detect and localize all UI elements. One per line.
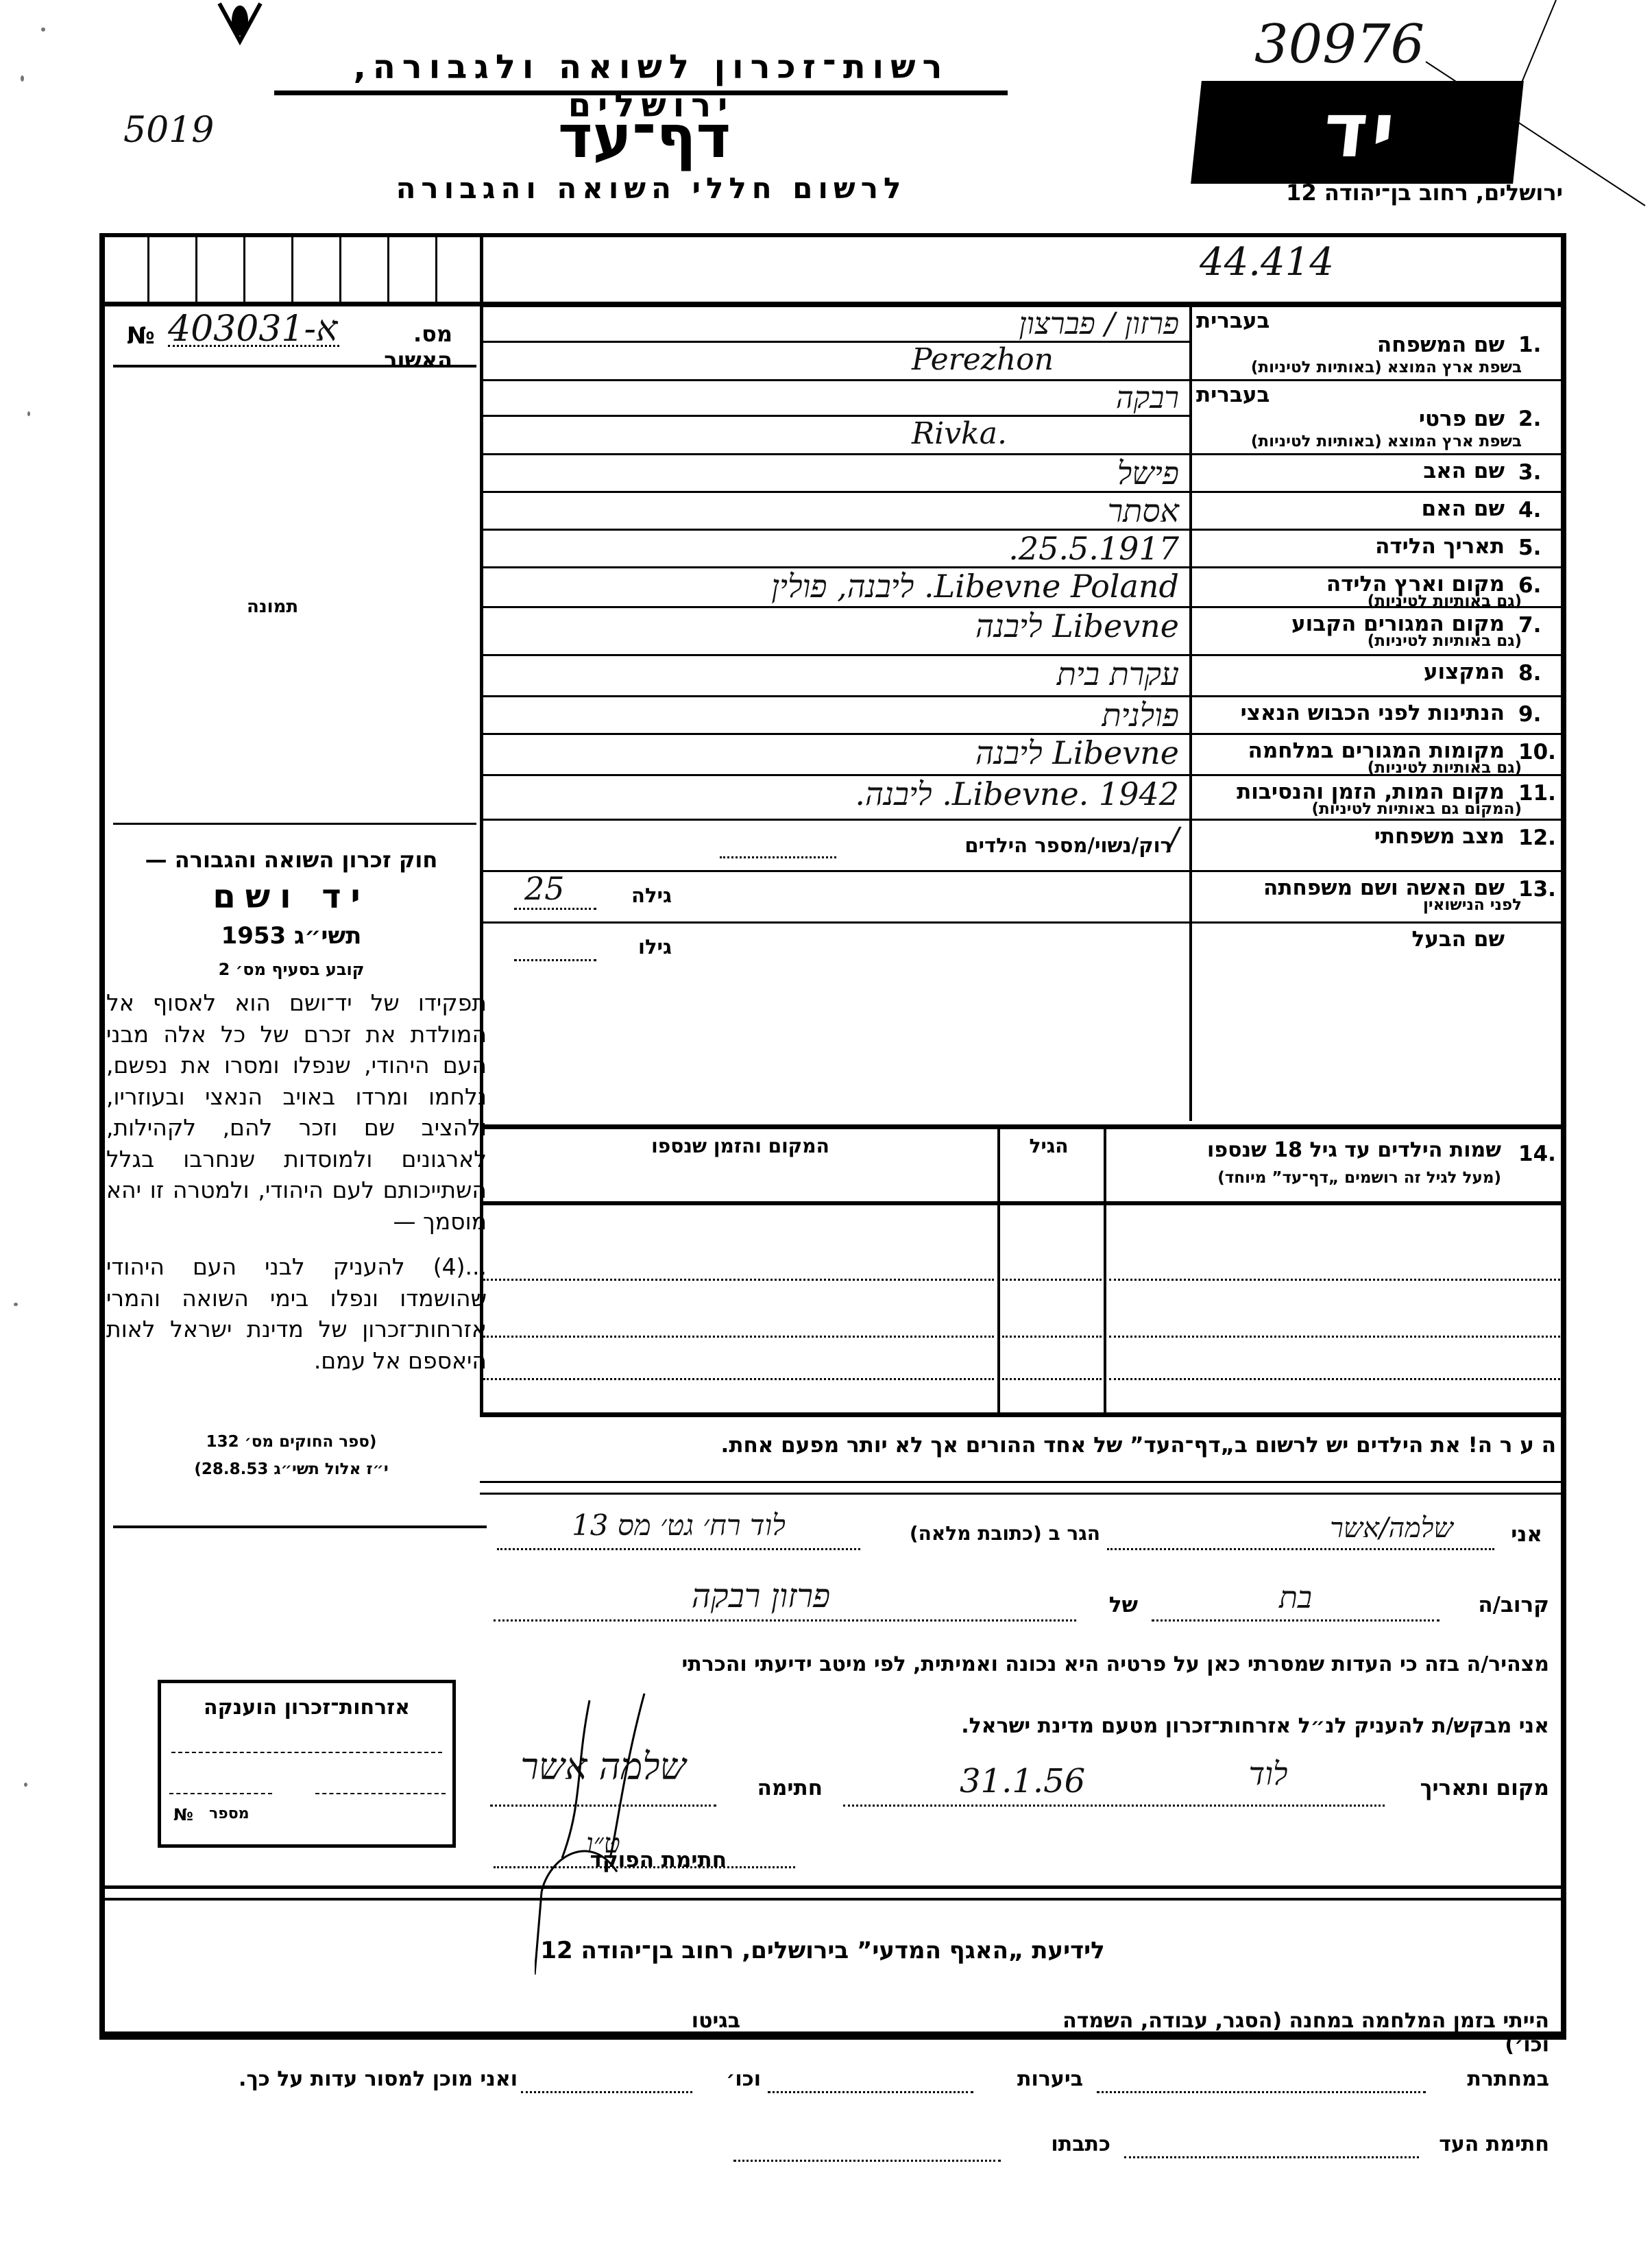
scan-speck — [27, 411, 30, 416]
citizenship-number-line-right — [315, 1793, 446, 1794]
resides-label: הגר ב (כתובת מלאה) — [864, 1522, 1100, 1545]
marital-status-options: רוק/נשוי/מספר הילדים — [850, 834, 1172, 857]
field-value-hebrew[interactable]: פרזון / פברצון — [685, 306, 1179, 341]
field-value[interactable]: אסתר — [494, 492, 1179, 529]
handwritten-reference-number: 30976 — [1254, 14, 1424, 75]
field-value[interactable]: Libevne ליבנה — [494, 734, 1179, 771]
number-sign: № — [127, 322, 155, 350]
field-number: 3. — [1518, 460, 1541, 485]
scan-speck — [41, 27, 45, 32]
children-top-rule — [480, 1124, 1566, 1129]
field-label: מצב משפחתי — [1196, 824, 1505, 849]
scan-speck — [24, 1783, 27, 1787]
footer-camp-line — [754, 2033, 1008, 2035]
header-address: ירושלים, רחוב בן־יהודה 12 — [1179, 180, 1563, 206]
note-rule-2 — [480, 1493, 1566, 1495]
age-line — [514, 959, 596, 961]
field-sublabel: בשפת ארץ המוצא (באותיות לטיניות) — [1193, 433, 1522, 450]
law-name: יד ושם — [110, 878, 473, 916]
relative-label: קרוב/ה — [1453, 1593, 1549, 1617]
photo-label: תמונה — [247, 596, 298, 617]
top-strip-box-divider — [243, 237, 245, 303]
top-strip-box-divider — [147, 237, 149, 303]
declarant-address-line — [497, 1548, 860, 1550]
field-value[interactable]: 25.5.1917. — [494, 530, 1179, 567]
child-place-time-field[interactable] — [483, 1378, 994, 1380]
approval-number-value[interactable]: 403031-א — [168, 309, 337, 350]
relation-line — [1152, 1619, 1440, 1621]
child-age-field[interactable] — [1002, 1378, 1102, 1380]
children-place-header: המקום והזמן שנספו — [494, 1135, 987, 1157]
footer-etc-label: וכו׳ — [699, 2067, 761, 2091]
field-label: שם המשפחה — [1196, 333, 1505, 357]
note-rule-1 — [480, 1481, 1566, 1483]
children-col-divider-2 — [1104, 1124, 1106, 1412]
field-value-latin[interactable]: Perezhon — [912, 342, 1054, 377]
child-place-time-field[interactable] — [483, 1279, 994, 1281]
left-column-divider — [480, 305, 483, 1412]
signature-label: חתימה — [727, 1776, 823, 1800]
field-sublabel: לפני הנישואין — [1193, 896, 1522, 914]
law-paragraph-1: תפקידו של יד־ושם הוא לאסוף אל המולדת את … — [106, 987, 487, 1237]
citizenship-request: אני מבקש/ת להעניק לנ״ל אזרחות־זכרון מטעם… — [795, 1714, 1549, 1738]
footer-address-line — [733, 2160, 1001, 2162]
top-strip-divider — [480, 237, 483, 303]
field-inner-rule — [483, 415, 1189, 417]
law-year: תשי״ג 1953 — [110, 922, 473, 950]
place-value[interactable]: לוד — [1220, 1755, 1316, 1792]
top-strip-box-divider — [435, 237, 437, 303]
footer-ghetto-label: בגיטו — [651, 2009, 740, 2033]
field-sublabel: (גם באותיות לטיניות) — [1193, 632, 1522, 650]
header-rule — [274, 91, 1008, 95]
form-title: דף־עד — [507, 103, 781, 171]
field-label: הנתינות לפני הכבוש הנאצי — [1196, 701, 1505, 725]
field-number: 11. — [1518, 781, 1556, 806]
field-value[interactable]: עקרת בית — [494, 655, 1179, 692]
child-age-field[interactable] — [1002, 1336, 1102, 1338]
photo-area[interactable] — [110, 370, 476, 809]
child-age-field[interactable] — [1002, 1279, 1102, 1281]
law-heading: חוק זכרון השואה והגבורה — — [110, 847, 473, 873]
footer-underground-label: במחתרת — [1433, 2067, 1549, 2091]
handwritten-corner-number: 5019 — [123, 110, 214, 151]
field-number: 12. — [1518, 825, 1556, 850]
citizenship-box-line — [171, 1752, 442, 1753]
field-label: שם האב — [1196, 459, 1505, 483]
field-number: 13. — [1518, 877, 1556, 902]
footer-rule-2 — [103, 1898, 1566, 1901]
citizenship-number-sign: № — [173, 1805, 193, 1824]
field-row-rule — [483, 870, 1566, 872]
child-place-time-field[interactable] — [483, 1336, 994, 1338]
declaration-prefix: אני — [1494, 1522, 1542, 1547]
field-value[interactable]: פישל — [494, 455, 1179, 492]
footer-ghetto-line — [110, 2033, 644, 2035]
field-value-latin[interactable]: Rivka. — [912, 416, 1007, 451]
field-number: 10. — [1518, 740, 1556, 764]
law-source-1: (ספר החוקים מס׳ 132 — [178, 1433, 404, 1451]
field-label: שם האם — [1196, 496, 1505, 521]
footer-forests-line — [768, 2091, 973, 2093]
child-name-field[interactable] — [1109, 1378, 1565, 1380]
law-rule — [113, 1526, 487, 1528]
field-number: 1. — [1518, 333, 1541, 357]
footer-forests-label: ביערות — [980, 2067, 1083, 2091]
field-number: 9. — [1518, 702, 1541, 727]
age-label: גילו — [603, 935, 672, 958]
punch-hole-mark-icon — [206, 0, 274, 55]
field-row-rule — [483, 921, 1566, 924]
field-number: 2. — [1518, 407, 1541, 431]
top-strip-box-divider — [387, 237, 389, 303]
citizenship-box-title: אזרחות־זכרון הוענקה — [161, 1696, 452, 1720]
place-date-label: מקום ותאריך — [1398, 1776, 1549, 1800]
form-subtitle: לרשום חללי השואה והגבורה — [343, 171, 960, 205]
note-text: ה ע ר ה! את הילדים יש לרשום ב„דף־העד” של… — [500, 1433, 1556, 1458]
scan-speck — [14, 1303, 18, 1306]
field-label: המקצוע — [1196, 660, 1505, 684]
field-number: 8. — [1518, 661, 1541, 686]
note-top-rule — [480, 1412, 1566, 1417]
field-lang-label: בעברית — [1196, 383, 1381, 407]
footer-witness-signature-line — [1124, 2156, 1419, 2158]
child-name-field[interactable] — [1109, 1336, 1565, 1338]
children-sublabel: (מעל לגיל זה רושמים „דף־עד” מיוחד) — [1104, 1169, 1501, 1187]
law-clause: קובע בסעיף מס׳ 2 — [110, 960, 473, 979]
top-strip-box-divider — [291, 237, 293, 303]
declarant-name[interactable]: שלמה/אשר — [1296, 1512, 1487, 1544]
subject-name-value[interactable]: פרזון רבקה — [569, 1577, 953, 1615]
field-value[interactable]: פולנית — [494, 697, 1179, 734]
citizenship-number-label: מספר — [209, 1805, 250, 1822]
handwritten-file-number: 44.414 — [1200, 240, 1334, 285]
field-lang-label: בעברית — [1196, 309, 1381, 333]
field-number: 7. — [1518, 613, 1541, 638]
children-label: שמות הילדים עד גיל 18 שנספו — [1104, 1138, 1501, 1162]
law-source-2: י״ז אלול תשי״ג 28.8.53) — [178, 1460, 404, 1478]
children-col-divider-1 — [997, 1124, 1000, 1412]
approval-rule — [113, 365, 476, 367]
declarant-name-line — [1107, 1548, 1494, 1550]
age-label: גילה — [603, 884, 672, 907]
footer-etc-line — [521, 2091, 692, 2093]
field-number: 5. — [1518, 535, 1541, 560]
footer-testimony-label: ואני מוכן למסור עדות על כך. — [106, 2067, 518, 2091]
children-number: 14. — [1518, 1142, 1556, 1166]
children-count-line — [720, 856, 836, 858]
field-value-hebrew[interactable]: רבקה — [685, 381, 1179, 415]
footer-underground-line — [1097, 2091, 1426, 2093]
age-value[interactable]: 25 — [524, 870, 565, 907]
field-label: שם הבעל — [1196, 927, 1505, 952]
top-strip-box-divider — [339, 237, 341, 303]
citizenship-granted-box: אזרחות־זכרון הוענקה № מספר — [158, 1680, 456, 1848]
subject-name-line — [494, 1619, 1076, 1621]
approval-number-dotline — [168, 345, 339, 347]
footer-address-label: כתבתו — [1008, 2132, 1110, 2156]
field-number: 6. — [1518, 573, 1541, 598]
footer-heading: לידיעת „האגף המדעי” בירושלים, רחוב בן־יה… — [411, 1937, 1234, 1964]
place-date-line — [843, 1805, 1385, 1807]
citizenship-number-line-left — [169, 1793, 272, 1794]
field-label: תאריך הלידה — [1196, 534, 1505, 559]
field-inner-rule — [483, 341, 1189, 343]
top-strip-box-divider — [195, 237, 197, 303]
field-value[interactable]: Libevne Poland. ליבנה, פולין — [494, 568, 1179, 605]
footer-rule-1 — [103, 1885, 1566, 1889]
declarant-address[interactable]: לוד רח׳ גט׳ מס 13 — [500, 1508, 857, 1543]
relation-value[interactable]: בת — [1227, 1580, 1364, 1615]
label-column-divider — [1189, 305, 1192, 1121]
field-value[interactable]: Libevne ליבנה — [494, 607, 1179, 644]
children-header-rule — [480, 1201, 1566, 1205]
date-value[interactable]: 31.1.56 — [960, 1762, 1085, 1800]
field-value[interactable]: Libevne. 1942. ליבנה. — [494, 775, 1179, 812]
of-label: של — [1083, 1593, 1138, 1617]
field-number: 4. — [1518, 498, 1541, 522]
children-age-header: הגיל — [1008, 1135, 1090, 1157]
photo-rule — [113, 823, 476, 825]
footer-witness-signature-label: חתימת העד — [1426, 2132, 1549, 2156]
field-sublabel: (המקום גם באותיות לטיניות) — [1193, 800, 1522, 818]
field-label: שם פרטי — [1196, 407, 1505, 431]
field-sublabel: בשפת ארץ המוצא (באותיות לטיניות) — [1193, 359, 1522, 376]
footer-camp-label: הייתי בזמן המלחמה במחנה (הסגר, עבודה, הש… — [1015, 2009, 1549, 2057]
declaration-statement: מצהיר/ה בזה כי העדות שמסרתי כאן על פרטיה… — [494, 1652, 1549, 1676]
child-name-field[interactable] — [1109, 1279, 1565, 1281]
law-paragraph-2: ...(4) להעניק לבני העם היהודי שהושמדו ונ… — [106, 1251, 487, 1376]
scan-speck — [21, 75, 24, 82]
age-line — [514, 908, 596, 910]
